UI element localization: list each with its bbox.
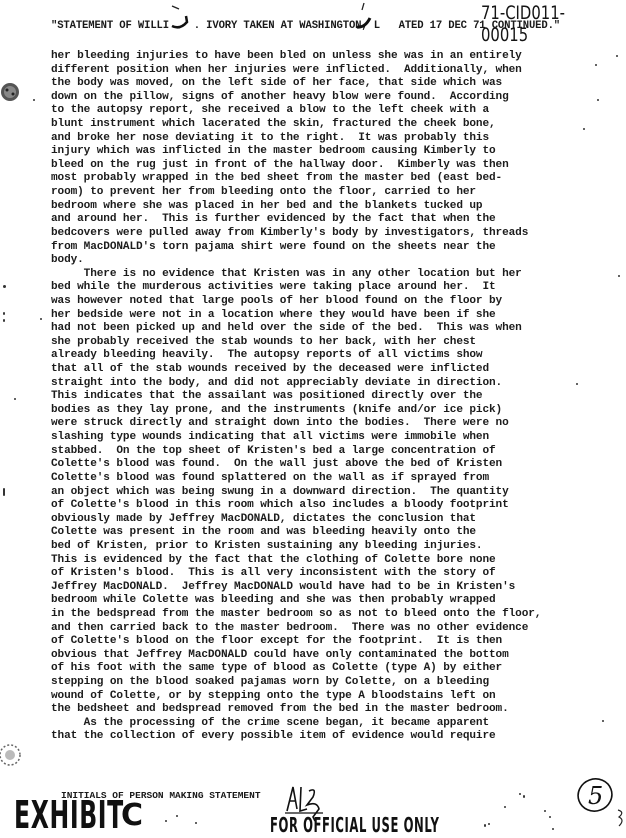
text-line: straight into the body, and did not appr… xyxy=(51,377,611,391)
text-line: in the bedspread from the master bedroom… xyxy=(51,608,611,622)
stamp-speck xyxy=(195,822,197,824)
text-line: obvious that Jeffrey MacDONALD could hav… xyxy=(51,649,611,663)
ink-mark xyxy=(171,4,181,12)
text-line: her bleeding injuries to have been bled … xyxy=(51,50,611,64)
text-line: her bedside were not in a location where… xyxy=(51,309,611,323)
text-line: This is evidenced by the fact that the c… xyxy=(51,554,611,568)
stamp-speck xyxy=(552,828,554,830)
statement-header: "STATEMENT OF WILLI . IVORY TAKEN AT WAS… xyxy=(51,20,560,32)
paragraph-start: As the processing of the crime scene beg… xyxy=(51,717,611,731)
text-line: Colette was present in the room and was … xyxy=(51,526,611,540)
page-number-circle-icon: 5 xyxy=(575,777,615,817)
text-line: Colette's blood was found. On the wall j… xyxy=(51,458,611,472)
text-line: wound of Colette, or by stepping onto th… xyxy=(51,690,611,704)
ink-mark xyxy=(617,808,626,828)
text-line: stepping on the blood soaked pajamas wor… xyxy=(51,676,611,690)
redaction-mark xyxy=(170,14,190,30)
stamp-speck xyxy=(488,823,490,825)
text-line: slashing type wounds indicating that all… xyxy=(51,431,611,445)
text-line: of his foot with the same type of blood … xyxy=(51,662,611,676)
margin-speck xyxy=(597,99,599,101)
stamp-speck xyxy=(549,816,551,818)
text-line: of Colette's blood on the floor except f… xyxy=(51,635,611,649)
margin-speck xyxy=(618,275,620,277)
text-line: This indicates that the assailant was po… xyxy=(51,390,611,404)
text-line: down on the pillow, signs of another hea… xyxy=(51,91,611,105)
statement-body: her bleeding injuries to have been bled … xyxy=(51,50,611,744)
margin-speck xyxy=(583,128,585,130)
text-line: different position when her injuries wer… xyxy=(51,64,611,78)
text-line: bedroom while Colette was bleeding and s… xyxy=(51,594,611,608)
text-line: stabbed. On the top sheet of Kristen's b… xyxy=(51,445,611,459)
text-line: from MacDONALD's torn pajama shirt were … xyxy=(51,241,611,255)
exhibit-letter: C xyxy=(121,798,143,833)
text-line: to the autopsy report, she received a bl… xyxy=(51,104,611,118)
text-line: bedroom where she was placed in her bed … xyxy=(51,200,611,214)
margin-speck xyxy=(576,383,578,385)
text-line: bodies as they lay prone, and the instru… xyxy=(51,404,611,418)
text-line: the body was moved, on the left side of … xyxy=(51,77,611,91)
text-line: and then carried back to the master bedr… xyxy=(51,622,611,636)
text-line: bed while the murderous activities were … xyxy=(51,281,611,295)
stamp-speck xyxy=(176,815,178,817)
paragraph-start: There is no evidence that Kristen was in… xyxy=(51,268,611,282)
classification-stamp: FOR OFFICIAL USE ONLY xyxy=(270,813,439,837)
text-line: she probably received the stab wounds to… xyxy=(51,336,611,350)
text-line: bleed on the rug just in front of the ha… xyxy=(51,159,611,173)
text-line: bed of Kristen, prior to Kristen sustain… xyxy=(51,540,611,554)
margin-speck xyxy=(3,312,5,315)
stamp-speck xyxy=(519,793,521,795)
redaction-mark xyxy=(355,14,375,30)
stamp-speck xyxy=(523,795,525,798)
text-line: bedcovers were pulled away from Kimberly… xyxy=(51,227,611,241)
stamp-speck xyxy=(484,824,486,827)
margin-speck xyxy=(602,720,604,722)
margin-speck xyxy=(595,64,597,66)
text-line: Jeffrey MacDONALD. Jeffrey MacDONALD wou… xyxy=(51,581,611,595)
text-line: Colette's blood was found splattered on … xyxy=(51,472,611,486)
text-line: already bleeding heavily. The autopsy re… xyxy=(51,349,611,363)
stamp-speck xyxy=(544,810,546,812)
margin-speck xyxy=(3,319,5,322)
punch-hole-icon xyxy=(0,80,22,104)
margin-speck xyxy=(3,285,6,288)
stamp-speck xyxy=(504,806,506,808)
margin-speck xyxy=(40,318,42,320)
document-page: 71-CID011-00015 "STATEMENT OF WILLI . IV… xyxy=(0,0,626,838)
initials-label: INITIALS OF PERSON MAKING STATEMENT xyxy=(61,790,261,801)
svg-text:5: 5 xyxy=(588,782,603,810)
text-line: most probably wrapped in the bed sheet f… xyxy=(51,172,611,186)
stamp-speck xyxy=(165,820,167,822)
text-line: and around her. This is further evidence… xyxy=(51,213,611,227)
text-line: of Colette's blood in this room which al… xyxy=(51,499,611,513)
punch-hole-icon xyxy=(0,742,22,768)
text-line: body. xyxy=(51,254,611,268)
margin-speck xyxy=(616,55,618,57)
text-line: the bedsheet and bedspread removed from … xyxy=(51,703,611,717)
text-line: were struck directly and straight down i… xyxy=(51,417,611,431)
margin-speck xyxy=(14,398,16,400)
text-line: had not been picked up and held over the… xyxy=(51,322,611,336)
text-line: and broke her nose deviating it to the r… xyxy=(51,132,611,146)
text-line: obviously made by Jeffrey MacDONALD, dic… xyxy=(51,513,611,527)
margin-speck xyxy=(33,99,35,101)
margin-speck xyxy=(3,488,5,496)
text-line: blunt instrument which lacerated the ski… xyxy=(51,118,611,132)
text-line: room) to prevent her from bleeding onto … xyxy=(51,186,611,200)
text-line: injury which was inflicted in the master… xyxy=(51,145,611,159)
text-line: of Kristen's blood. This is all very inc… xyxy=(51,567,611,581)
text-line: was however noted that large pools of he… xyxy=(51,295,611,309)
ink-mark xyxy=(359,2,367,12)
text-line: an object which was being swung in a dow… xyxy=(51,486,611,500)
text-line: that all of the stab wounds received by … xyxy=(51,363,611,377)
text-line: that the collection of every possible it… xyxy=(51,730,611,744)
